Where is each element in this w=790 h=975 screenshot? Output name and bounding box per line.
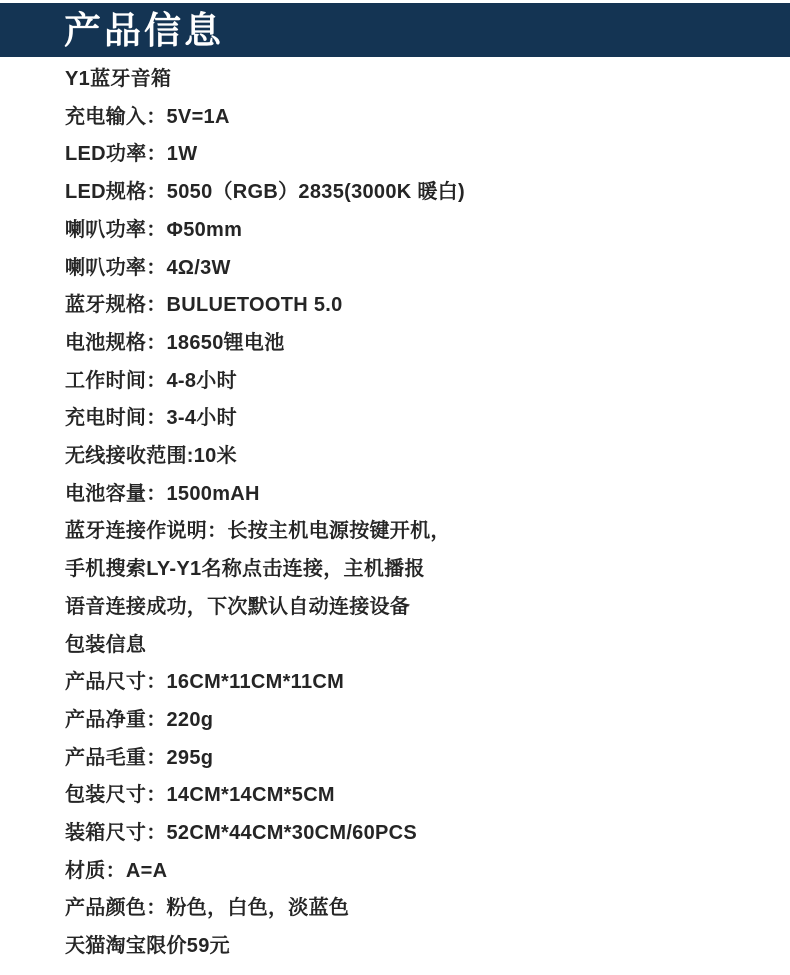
section-header-bar: 产品信息 [0,3,790,57]
spec-line: 装箱尺寸：52CM*44CM*30CM/60PCS [65,815,760,853]
spec-line: 充电输入：5V=1A [65,99,760,137]
spec-line: 蓝牙连接作说明：长按主机电源按键开机， [65,513,760,551]
spec-line: 语音连接成功，下次默认自动连接设备 [65,589,760,627]
spec-line: 产品颜色：粉色，白色，淡蓝色 [65,890,760,928]
product-spec-list: Y1蓝牙音箱充电输入：5V=1ALED功率：1WLED规格：5050（RGB）2… [0,57,790,966]
spec-line: 喇叭功率：Φ50mm [65,212,760,250]
spec-line: 无线接收范围:10米 [65,438,760,476]
product-info-page: 产品信息 Y1蓝牙音箱充电输入：5V=1ALED功率：1WLED规格：5050（… [0,0,790,975]
spec-line: 电池容量：1500mAH [65,476,760,514]
spec-line: LED规格：5050（RGB）2835(3000K 暖白) [65,174,760,212]
spec-line: 手机搜索LY-Y1名称点击连接，主机播报 [65,551,760,589]
spec-line: 材质：A=A [65,853,760,891]
spec-line: 包装信息 [65,627,760,665]
spec-line: 产品毛重：295g [65,740,760,778]
page-title: 产品信息 [64,12,224,49]
spec-line: 天猫淘宝限价59元 [65,928,760,966]
spec-line: 产品尺寸：16CM*11CM*11CM [65,664,760,702]
spec-line: 工作时间：4-8小时 [65,363,760,401]
spec-line: 喇叭功率：4Ω/3W [65,250,760,288]
spec-line: 充电时间：3-4小时 [65,400,760,438]
spec-line: LED功率：1W [65,136,760,174]
spec-line: 产品净重：220g [65,702,760,740]
spec-line: 包装尺寸：14CM*14CM*5CM [65,777,760,815]
spec-line: Y1蓝牙音箱 [65,61,760,99]
spec-line: 蓝牙规格：BULUETOOTH 5.0 [65,287,760,325]
spec-line: 电池规格：18650锂电池 [65,325,760,363]
